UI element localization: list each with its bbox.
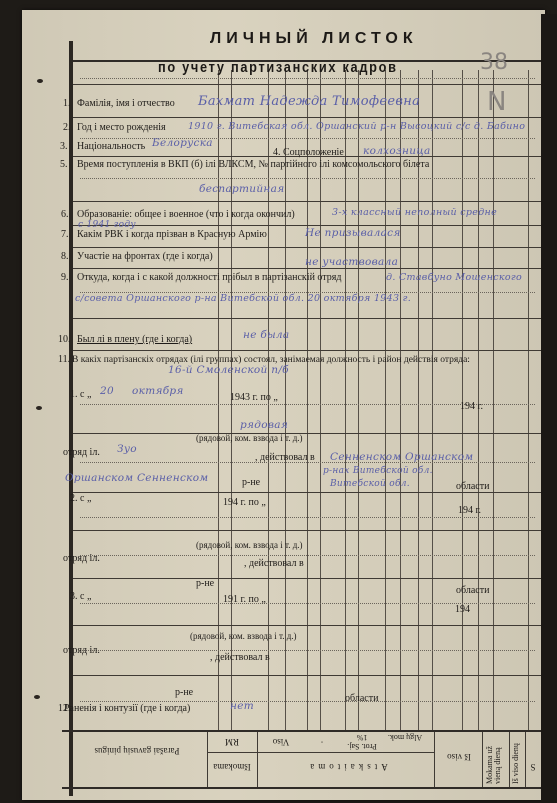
field-value-party: беспартийная — [199, 183, 284, 195]
service-position-hint: (рядовой, ком. взвода і т. д.) — [196, 433, 303, 443]
service-unit: Зуо — [117, 443, 137, 455]
service-from-day: 20 — [100, 385, 114, 397]
service-acted-in: Сенненском Оршанском — [330, 451, 473, 463]
punch-hole — [37, 79, 43, 83]
pencil-check-mark: N — [487, 87, 506, 117]
field-label-captivity: Был лі в плену (где і когда) — [77, 334, 192, 345]
field-number: 5. — [60, 159, 68, 170]
field-number: 11. — [58, 354, 70, 365]
field-number: 2. — [63, 122, 71, 133]
field-number: 3. — [60, 141, 68, 152]
field-value-full-name: Бахмат Надежда Тимофеевна — [198, 94, 420, 109]
field-value-wounds: нет — [230, 700, 254, 712]
document-subtitle: по учету партизанских кадров — [158, 59, 398, 76]
field-value-education: 3-х классный неполный средне — [332, 207, 497, 218]
field-label-conscription: Какім РВК і когда прізван в Красную Армі… — [77, 229, 267, 240]
document-title: ЛИЧНЫЙ ЛИСТОК — [210, 30, 418, 48]
field-label-nationality: Національность — [77, 141, 145, 152]
pencil-number-mark: 38 — [480, 50, 508, 75]
field-label-education: Образованіе: общее і военное (что і когд… — [77, 209, 295, 220]
field-label-joined: Откуда, когда і с какой должності прібыл… — [77, 272, 341, 283]
left-margin-rule — [69, 41, 73, 796]
col-union-pct: Prot. Saj. 1% — [342, 733, 382, 751]
col-grand-total: Iš viso — [437, 752, 481, 762]
col-days: Iš viso dienų — [512, 736, 520, 784]
field-value-fronts: не участвовала — [305, 256, 398, 268]
field-value-joined: д. Ставбуно Мошенского — [386, 272, 522, 283]
punch-hole — [36, 406, 42, 410]
col-deductions: Atskaitoma — [272, 762, 422, 772]
field-value-nationality: Белоруска — [152, 137, 213, 149]
service-district-extra: р-нах Витебской обл. — [323, 466, 433, 476]
field-label-full-name: Фамілія, імя і отчество — [77, 98, 175, 109]
field-value-social: колхозница — [363, 145, 431, 157]
col-rm: RM — [212, 737, 252, 747]
punch-hole — [34, 695, 40, 699]
col-per-day: Mokama už vieną dieną — [486, 736, 502, 784]
service-from-month: октября — [132, 385, 184, 397]
field-number: 1. — [63, 98, 71, 109]
col-signatures: Parašai gavusių pinigus — [72, 744, 202, 757]
field-value-conscription: Не призывалася — [305, 227, 401, 239]
field-value-birth: 1910 г. Витебская обл. Оршанский р-н Выс… — [188, 121, 525, 132]
field-number: 7. — [61, 229, 69, 240]
page-edge — [541, 14, 557, 803]
service-position: рядовая — [240, 419, 288, 431]
field-number: 9. — [61, 272, 69, 283]
inverted-payroll-table: Parašai gavusių pinigus RM Išmokama Viso… — [62, 730, 541, 789]
field-label-detachments: В какіх партізанскіх отрядах (ілі группа… — [72, 354, 532, 366]
field-label-fronts: Участіе на фронтах (где і когда) — [77, 251, 213, 262]
field-label-social: 4. Соцположеніе — [273, 147, 344, 158]
field-number: 10. — [58, 334, 71, 345]
field-value-detachments: 16-й Смоленской п/б — [168, 364, 289, 376]
service-region: Витебской обл. — [330, 479, 410, 489]
field-label-party: Время поступленія в ВКП (б) ілі ВЛКСМ, №… — [77, 159, 429, 170]
field-value-captivity: не была — [243, 329, 289, 341]
col-payable: Išmokama — [208, 762, 256, 772]
col-wage: Algų mok. — [385, 733, 425, 742]
field-number: 6. — [61, 209, 69, 220]
field-label-birth: Год і место рожденія — [77, 122, 166, 133]
field-value-joined-2: с/совета Оршанского р-на Витебской обл. … — [75, 293, 411, 304]
col-total: Viso — [262, 737, 300, 747]
field-number: 8. — [61, 251, 69, 262]
service-district: Оршанском Сенненском — [65, 472, 208, 484]
field-label-wounds: Раненія і контузії (где і когда) — [64, 703, 190, 714]
